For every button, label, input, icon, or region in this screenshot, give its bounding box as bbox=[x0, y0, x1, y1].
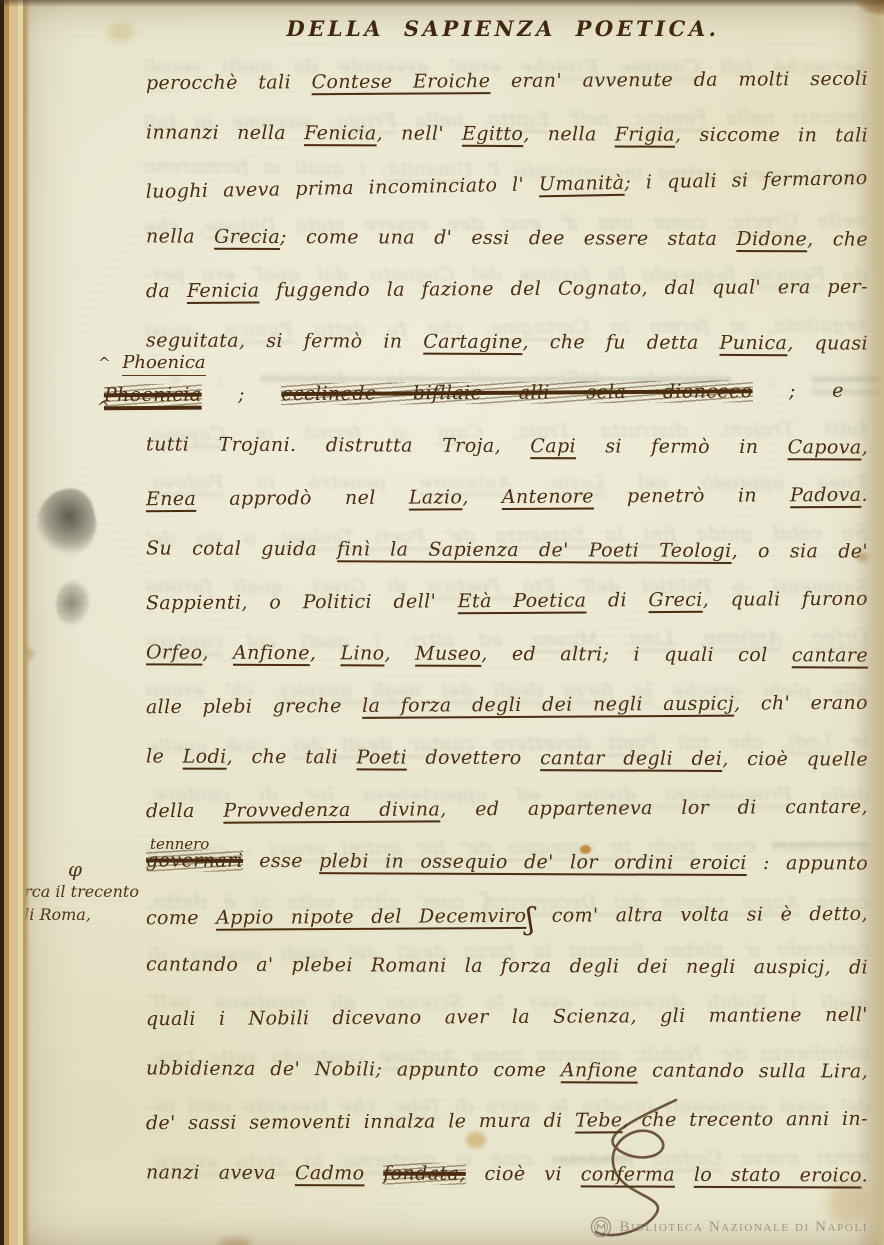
manuscript-line: governari esse plebi in ossequio de' lor… bbox=[146, 849, 868, 904]
margin-note-phoenica-text: Phoenica bbox=[122, 352, 205, 376]
handwritten-text: cantando a' plebei Romani la forza degli… bbox=[146, 953, 868, 978]
manuscript-page: perocchè tali Contese Eroiche eran' avve… bbox=[0, 0, 884, 1245]
handwritten-text: , che trecento anni in- bbox=[622, 1108, 867, 1131]
handwritten-text: , nella bbox=[523, 123, 615, 145]
manuscript-line: cantando a' plebei Romani la forza degli… bbox=[146, 953, 868, 1008]
handwritten-text: lo stato eroico bbox=[694, 1164, 862, 1187]
handwritten-text: nella bbox=[146, 225, 214, 247]
manuscript-line: nanzi aveva Cadmo fondata, cioè vi confe… bbox=[146, 1161, 868, 1216]
handwritten-text: della bbox=[146, 800, 224, 822]
library-seal-icon bbox=[590, 1216, 612, 1238]
handwritten-text: esse bbox=[243, 850, 319, 872]
handwritten-text: Sappienti, o Politici dell' bbox=[146, 590, 458, 614]
handwritten-text: , ed apparteneva lor di cantare, bbox=[440, 796, 868, 821]
caret-insertion-icon: ^ bbox=[98, 354, 111, 372]
handwritten-text: Egitto bbox=[462, 123, 523, 145]
handwritten-text: Punica bbox=[719, 332, 787, 354]
handwritten-text: , che tali bbox=[227, 746, 357, 769]
handwritten-text: Anfione bbox=[561, 1059, 638, 1081]
manuscript-line: Phoenicia ; ecclinede bifllaie alli sela… bbox=[104, 380, 844, 437]
handwritten-text: Appio nipote del Decemviro bbox=[216, 905, 526, 929]
handwritten-text: conferma bbox=[581, 1163, 675, 1185]
handwritten-text: Età Poetica bbox=[458, 590, 587, 613]
page-title: DELLA SAPIENZA POETICA. bbox=[145, 16, 861, 41]
reference-mark-icon: φ bbox=[68, 858, 144, 880]
handwritten-text: Grecia bbox=[214, 226, 280, 248]
manuscript-line: quali i Nobili dicevano aver la Scienza,… bbox=[146, 1004, 868, 1060]
handwritten-text: Poeti bbox=[356, 746, 407, 768]
handwritten-text: Su cotal guida bbox=[146, 537, 337, 560]
handwritten-text: , cioè quelle bbox=[722, 748, 868, 771]
handwritten-text: Cadmo bbox=[295, 1162, 365, 1184]
handwritten-text: ; i quali si fermarono bbox=[624, 167, 868, 194]
handwritten-text: , siccome in tali bbox=[675, 124, 868, 147]
margin-note-phoenica: ^ Phoenica bbox=[98, 352, 206, 373]
handwritten-text: Contese Eroiche bbox=[312, 70, 491, 93]
manuscript-line: seguitata, si fermò in Cartagine, che fu… bbox=[146, 329, 868, 384]
handwritten-text: , ch' erano bbox=[734, 692, 868, 715]
manuscript-line: perocchè tali Contese Eroiche eran' avve… bbox=[146, 68, 868, 124]
handwritten-text: innanzi nella bbox=[146, 121, 304, 144]
manuscript-line: alle plebi greche la forza degli dei neg… bbox=[146, 692, 868, 748]
cancelled-text: fondata, bbox=[383, 1162, 466, 1184]
handwritten-text: Anfione bbox=[233, 642, 310, 664]
manuscript-line: Orfeo, Anfione, Lino, Museo, ed altri; i… bbox=[146, 641, 868, 696]
handwritten-text: penetrò in bbox=[594, 484, 790, 507]
cancelled-text: Phoenicia bbox=[104, 384, 202, 407]
handwritten-text: ubbidienza de' Nobili; appunto come bbox=[146, 1057, 561, 1081]
handwritten-text: tutti Trojani. distrutta Troja, bbox=[146, 433, 530, 457]
handwritten-text: , ed altri; i quali col bbox=[481, 643, 792, 666]
caret-insertion-icon: ^ bbox=[97, 398, 110, 416]
handwritten-text: quali i Nobili dicevano aver la Scienza,… bbox=[146, 1004, 868, 1030]
manuscript-line: della Provvedenza divina, ed apparteneva… bbox=[146, 796, 868, 852]
handwritten-text: ; come una d' essi dee essere stata bbox=[280, 226, 736, 250]
handwritten-text: Capi bbox=[530, 435, 576, 457]
handwritten-text: Frigia bbox=[615, 123, 675, 145]
foxing-stain bbox=[218, 1238, 252, 1245]
manuscript-line: nella Grecia; come una d' essi dee esser… bbox=[146, 225, 868, 280]
manuscript-text-block: perocchè tali Contese Eroiche eran' avve… bbox=[146, 70, 868, 1214]
handwritten-text: eran' avvenute da molti secoli bbox=[490, 68, 868, 92]
handwritten-text: cantando sulla Lira, bbox=[638, 1060, 869, 1083]
manuscript-line: tutti Trojani. distrutta Troja, Capi si … bbox=[146, 433, 868, 488]
handwritten-text: fuggendo la fazione del Cognato, dal qua… bbox=[259, 276, 868, 302]
handwritten-text: com' altra volta si è detto, bbox=[534, 903, 868, 927]
margin-note-roma-line2: di Roma, bbox=[19, 903, 144, 926]
foxing-stain bbox=[108, 22, 134, 42]
manuscript-line: de' sassi semoventi innalza le mura di T… bbox=[146, 1108, 868, 1164]
handwritten-text: luoghi aveva prima incominciato l' bbox=[146, 173, 540, 203]
manuscript-line: luoghi aveva prima incominciato l' Umani… bbox=[146, 167, 869, 233]
handwritten-text: ; bbox=[202, 383, 282, 405]
handwritten-text: , nell' bbox=[377, 122, 462, 144]
handwritten-text: da bbox=[146, 280, 187, 302]
manuscript-line: Sappienti, o Politici dell' Età Poetica … bbox=[146, 588, 868, 644]
handwritten-text: nanzi aveva bbox=[146, 1161, 295, 1184]
handwritten-text: come bbox=[146, 907, 216, 929]
manuscript-line: come Appio nipote del Decemviroʃ com' al… bbox=[146, 900, 868, 956]
handwritten-text: plebi in ossequio de' lor ordini eroici bbox=[319, 850, 747, 874]
handwritten-text: de' sassi semoventi innalza le mura di bbox=[146, 1110, 575, 1135]
handwritten-text: Provvedenza divina bbox=[223, 798, 440, 821]
handwritten-text: dovettero bbox=[407, 747, 540, 770]
handwritten-text: approdò nel bbox=[196, 487, 409, 510]
handwritten-text: Didone bbox=[736, 228, 807, 250]
handwritten-text: Fenicia bbox=[304, 122, 377, 144]
handwritten-text: Greci bbox=[648, 589, 702, 611]
handwritten-text: si fermò in bbox=[576, 435, 788, 458]
handwritten-text: Padova bbox=[790, 484, 861, 506]
handwritten-text: , che fu detta bbox=[522, 331, 719, 354]
manuscript-line: Enea approdò nel Lazio, Antenore penetrò… bbox=[146, 484, 868, 540]
manuscript-line: le Lodi, che tali Poeti dovettero cantar… bbox=[146, 745, 868, 800]
handwritten-text: Museo bbox=[415, 643, 481, 665]
handwritten-text: Umanità bbox=[539, 172, 625, 196]
book-binding-edge bbox=[0, 0, 30, 1245]
handwritten-text: , bbox=[202, 642, 233, 664]
manuscript-line: ubbidienza de' Nobili; appunto come Anfi… bbox=[146, 1057, 868, 1112]
handwritten-text: di bbox=[586, 589, 648, 611]
handwritten-text: Enea bbox=[146, 488, 196, 510]
margin-note-roma-line1: circa il trecento bbox=[10, 880, 144, 903]
interlinear-correction: tennero bbox=[150, 835, 209, 853]
handwritten-text: , bbox=[310, 642, 341, 664]
page-corner-shadow bbox=[838, 0, 884, 30]
manuscript-line: Su cotal guida finì la Sapienza de' Poet… bbox=[146, 537, 868, 592]
page-edge-right bbox=[854, 0, 884, 1245]
reference-mark-icon: ʃ bbox=[526, 902, 534, 937]
handwritten-text bbox=[364, 1162, 383, 1184]
handwritten-text: finì la Sapienza de' Poeti Teologi bbox=[337, 538, 732, 562]
handwritten-text: la forza degli dei negli auspicj bbox=[362, 693, 734, 717]
handwritten-text: , bbox=[384, 642, 415, 664]
handwritten-text: , o sia de' bbox=[732, 540, 869, 563]
handwritten-text: seguitata, si fermò in bbox=[146, 329, 423, 352]
handwritten-text: Fenicia bbox=[187, 280, 260, 302]
handwritten-text: Lino bbox=[340, 642, 384, 664]
ink-blot bbox=[29, 484, 103, 563]
handwritten-text: cioè vi bbox=[466, 1163, 581, 1186]
manuscript-line: da Fenicia fuggendo la fazione del Cogna… bbox=[146, 276, 868, 332]
library-watermark: Biblioteca Nazionale di Napoli bbox=[590, 1216, 868, 1238]
watermark-label: Biblioteca Nazionale di Napoli bbox=[619, 1219, 868, 1236]
handwritten-text: , quali furono bbox=[703, 588, 868, 611]
cancelled-text: ecclinede bifllaie alli sela dionceeo bbox=[281, 380, 752, 405]
handwritten-text: le bbox=[146, 745, 183, 767]
handwritten-text: Lazio bbox=[409, 486, 463, 508]
handwritten-text: perocchè tali bbox=[146, 71, 312, 94]
handwritten-text: Cartagine bbox=[423, 331, 522, 353]
handwritten-text: alle plebi greche bbox=[146, 695, 362, 718]
handwritten-text: cantar degli dei bbox=[540, 747, 722, 770]
handwritten-text: ; e bbox=[752, 380, 844, 403]
margin-note-roma: φ circa il trecento di Roma, bbox=[10, 858, 144, 926]
handwritten-text: Tebe bbox=[575, 1109, 623, 1131]
handwritten-text: Lodi bbox=[183, 746, 227, 768]
page-edge-top bbox=[0, 0, 884, 7]
handwritten-text: : appunto bbox=[747, 852, 868, 875]
handwritten-text: Orfeo bbox=[146, 641, 202, 663]
ink-blot bbox=[52, 577, 93, 628]
handwritten-text: , bbox=[462, 486, 502, 508]
handwritten-text: Capova bbox=[788, 436, 862, 458]
handwritten-text: Antenore bbox=[502, 485, 594, 508]
handwritten-text bbox=[675, 1164, 694, 1186]
